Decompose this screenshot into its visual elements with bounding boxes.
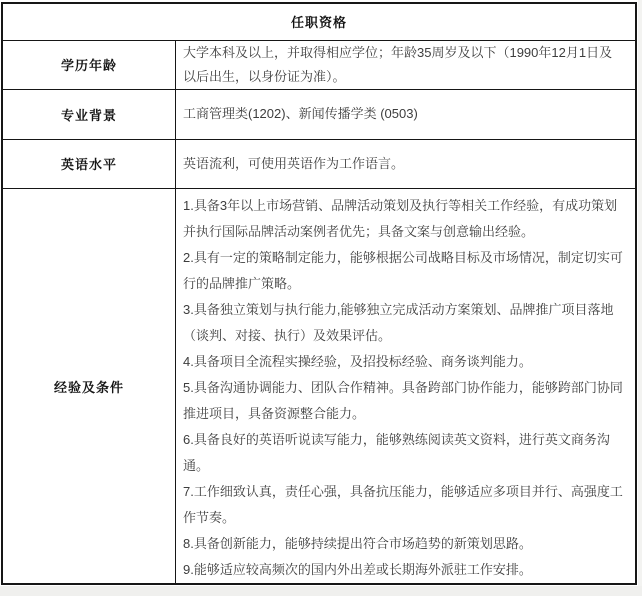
page: 任职资格 学历年龄 大学本科及以上，并取得相应学位；年龄35周岁及以下（1990…	[0, 0, 642, 596]
qualification-table: 任职资格 学历年龄 大学本科及以上，并取得相应学位；年龄35周岁及以下（1990…	[1, 2, 637, 585]
row-content-experience-conditions: 1.具备3年以上市场营销、品牌活动策划及执行等相关工作经验，有成功策划并执行国际…	[176, 189, 635, 583]
experience-item-5: 5.具备沟通协调能力、团队合作精神。具备跨部门协作能力，能够跨部门协同推进项目，…	[183, 375, 625, 427]
row-content-education-age: 大学本科及以上，并取得相应学位；年龄35周岁及以下（1990年12月1日及以后出…	[176, 41, 635, 89]
experience-item-1: 1.具备3年以上市场营销、品牌活动策划及执行等相关工作经验，有成功策划并执行国际…	[183, 193, 625, 245]
page-edge-right	[638, 0, 642, 596]
experience-item-6: 6.具备良好的英语听说读写能力，能够熟练阅读英文资料，进行英文商务沟通。	[183, 427, 625, 479]
table-header-title: 任职资格	[3, 4, 635, 41]
experience-item-7: 7.工作细致认真，责任心强，具备抗压能力，能够适应多项目并行、高强度工作节奏。	[183, 479, 625, 531]
row-label-english-level: 英语水平	[3, 140, 176, 188]
page-edge-bottom	[0, 586, 642, 596]
table-row-experience-conditions: 经验及条件 1.具备3年以上市场营销、品牌活动策划及执行等相关工作经验，有成功策…	[3, 189, 635, 583]
table-row-education-age: 学历年龄 大学本科及以上，并取得相应学位；年龄35周岁及以下（1990年12月1…	[3, 41, 635, 90]
row-label-education-age: 学历年龄	[3, 41, 176, 89]
table-row-english-level: 英语水平 英语流利，可使用英语作为工作语言。	[3, 140, 635, 189]
english-level-text: 英语流利，可使用英语作为工作语言。	[183, 152, 404, 176]
row-content-english-level: 英语流利，可使用英语作为工作语言。	[176, 140, 635, 188]
row-content-major-background: 工商管理类(1202)、新闻传播学类 (0503)	[176, 90, 635, 139]
experience-item-4: 4.具备项目全流程实操经验，及招投标经验、商务谈判能力。	[183, 349, 625, 375]
row-label-experience-conditions: 经验及条件	[3, 189, 176, 583]
major-background-text: 工商管理类(1202)、新闻传播学类 (0503)	[183, 102, 418, 126]
row-label-major-background: 专业背景	[3, 90, 176, 139]
experience-item-9: 9.能够适应较高频次的国内外出差或长期海外派驻工作安排。	[183, 557, 625, 583]
education-age-text: 大学本科及以上，并取得相应学位；年龄35周岁及以下（1990年12月1日及以后出…	[183, 41, 625, 89]
table-row-major-background: 专业背景 工商管理类(1202)、新闻传播学类 (0503)	[3, 90, 635, 140]
experience-item-3: 3.具备独立策划与执行能力,能够独立完成活动方案策划、品牌推广项目落地（谈判、对…	[183, 297, 625, 349]
experience-item-8: 8.具备创新能力，能够持续提出符合市场趋势的新策划思路。	[183, 531, 625, 557]
experience-item-2: 2.具有一定的策略制定能力，能够根据公司战略目标及市场情况，制定切实可行的品牌推…	[183, 245, 625, 297]
